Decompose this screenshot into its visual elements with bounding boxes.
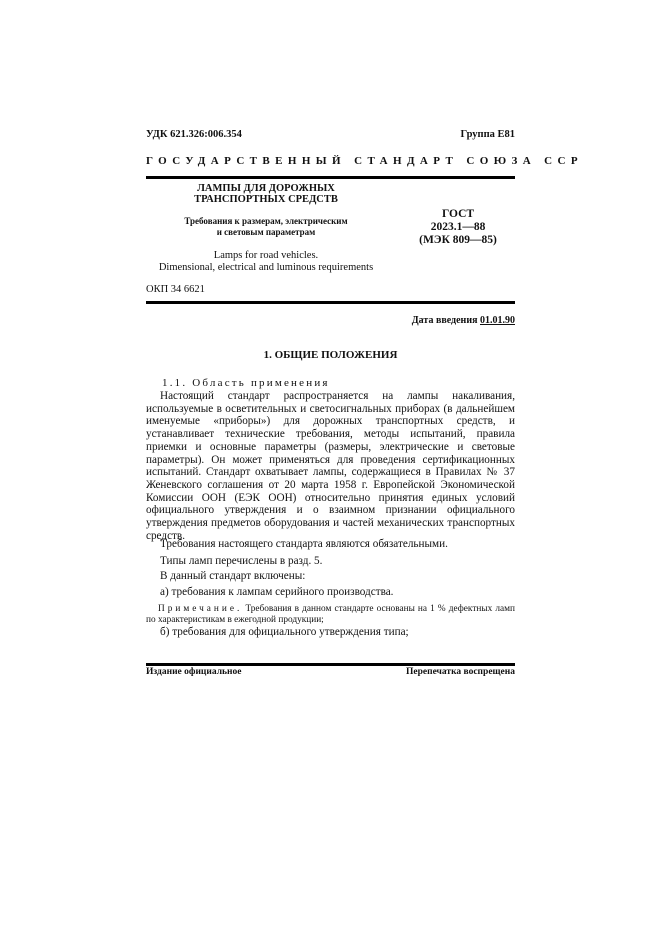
udk-code: УДК 621.326:006.354 bbox=[146, 129, 242, 140]
gost-number: 2023.1—88 bbox=[408, 221, 508, 234]
list-item-b: б) требования для официального утвержден… bbox=[160, 626, 409, 638]
scope-paragraph: Настоящий стандарт распространяется на л… bbox=[146, 390, 515, 542]
subsection-title: 1.1. Область применения bbox=[162, 377, 330, 389]
document-title: ЛАМПЫ ДЛЯ ДОРОЖНЫХ ТРАНСПОРТНЫХ СРЕДСТВ bbox=[146, 183, 386, 205]
iec-number: (МЭК 809—85) bbox=[408, 234, 508, 247]
date-value: 01.01.90 bbox=[480, 315, 515, 326]
okp-code: ОКП 34 6621 bbox=[146, 284, 205, 295]
footer-official-edition: Издание официальное bbox=[146, 667, 242, 677]
english-title-line-1: Lamps for road vehicles. bbox=[146, 250, 386, 262]
subtitle-line-1: Требования к размерам, электрическим bbox=[146, 216, 386, 227]
divider-middle bbox=[146, 301, 515, 304]
title-line-1: ЛАМПЫ ДЛЯ ДОРОЖНЫХ bbox=[146, 183, 386, 194]
text-line-included: В данный стандарт включены: bbox=[160, 570, 305, 582]
gost-label: ГОСТ bbox=[408, 208, 508, 221]
note: Примечание. Требования в данном стандарт… bbox=[146, 604, 515, 625]
group-code: Группа Е81 bbox=[461, 129, 515, 140]
text-line-types: Типы ламп перечислены в разд. 5. bbox=[160, 555, 322, 567]
document-subtitle: Требования к размерам, электрическим и с… bbox=[146, 216, 386, 237]
note-label: Примечание. bbox=[158, 604, 242, 614]
section-title: 1. ОБЩИЕ ПОЛОЖЕНИЯ bbox=[146, 349, 515, 361]
date-label: Дата введения bbox=[412, 315, 478, 326]
divider-top bbox=[146, 176, 515, 179]
text-line-mandatory: Требования настоящего стандарта являются… bbox=[160, 538, 448, 550]
divider-bottom bbox=[146, 663, 515, 666]
title-line-2: ТРАНСПОРТНЫХ СРЕДСТВ bbox=[146, 194, 386, 205]
gost-designation: ГОСТ 2023.1—88 (МЭК 809—85) bbox=[408, 208, 508, 247]
introduction-date: Дата введения 01.01.90 bbox=[412, 315, 515, 326]
footer-reprint-prohibited: Перепечатка воспрещена bbox=[406, 667, 515, 677]
english-title: Lamps for road vehicles. Dimensional, el… bbox=[146, 250, 386, 274]
subtitle-line-2: и световым параметрам bbox=[146, 227, 386, 238]
english-title-line-2: Dimensional, electrical and luminous req… bbox=[146, 262, 386, 274]
state-standard-heading: ГОСУДАРСТВЕННЫЙ СТАНДАРТ СОЮЗА ССР bbox=[146, 155, 515, 167]
list-item-a: а) требования к лампам серийного произво… bbox=[160, 586, 393, 598]
